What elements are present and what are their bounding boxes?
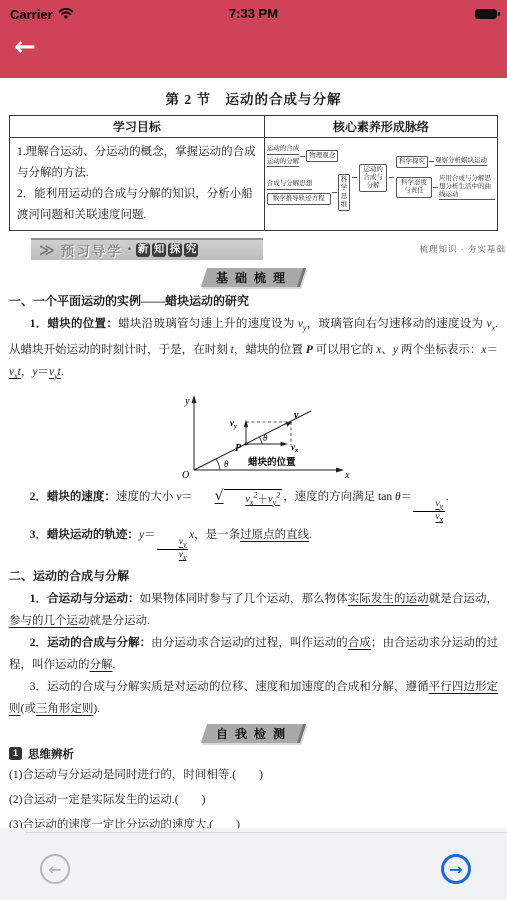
connector-line [352, 177, 357, 178]
chevron-right-icon: ≫ [39, 241, 55, 259]
point-p-label: P [235, 443, 242, 454]
back-button[interactable]: ← [14, 34, 36, 60]
connector-line [433, 187, 438, 188]
goal-item: 2．能利用运动的合成与分解的知识，分析小船渡河问题和关联速度问题. [17, 184, 257, 226]
ribbon-self-test: 自 我 检 测 [201, 724, 306, 743]
previous-page-button[interactable]: ← [40, 854, 70, 884]
objectives-table: 学习目标 核心素养形成脉络 1.理解合运动、分运动的概念，掌握运动的合成与分解的… [9, 115, 498, 231]
check-item-3: (3)合运动的速度一定比分运动的速度大.( ) [9, 813, 498, 828]
banner-subtitle: 梳理知识 · 夯实基础 [419, 243, 506, 255]
banner-badge-char: 探 [168, 243, 182, 257]
arrow-left-circle-icon: ← [48, 860, 61, 879]
concept-node: 数学推导轨迹方程 [267, 193, 331, 205]
ribbon-basics: 基 础 梳 理 [201, 268, 306, 287]
app-header: Carrier 7:33 PM ← [0, 0, 507, 78]
concept-node: 运动的合成 [267, 145, 300, 155]
battery-icon [475, 9, 497, 19]
axis-label-y: y [184, 396, 190, 407]
next-page-button[interactable]: → [441, 854, 471, 884]
paragraph-wax-position: 1．蜡块的位置：蜡块沿玻璃管匀速上升的速度设为 vy，玻璃管向右匀速移动的速度设… [9, 313, 498, 388]
paragraph-parallelogram-rule: 3．运动的合成与分解实质是对运动的位移、速度和加速度的合成和分解，遵循平行四边形… [9, 676, 498, 720]
number-1-icon: 1 [9, 747, 22, 760]
paragraph-wax-velocity: 2．蜡块的速度：速度的大小 v＝√vx2＋vy2，速度的方向满足 tan θ＝v… [9, 486, 498, 524]
diagram-caption: 蜡块的位置 [247, 456, 296, 468]
page-title: 第 2 节 运动的合成与分解 [9, 88, 498, 108]
concept-node: 科学态度与责任 [396, 177, 432, 197]
section-banner-row: ≫ 预习导学 · 新 知 探 究 梳理知识 · 夯实基础 [9, 238, 498, 264]
theta-label: θ [263, 433, 268, 443]
connector-line [300, 156, 305, 157]
table-header-right: 核心素养形成脉络 [264, 116, 497, 138]
banner-title: 预习导学 [61, 240, 123, 260]
wax-block-diagram: y x O θ θ P v vy vx 蜡块的位置 [9, 389, 498, 486]
section-heading-1: 一、一个平面运动的实例——蜡块运动的研究 [9, 290, 498, 312]
carrier-label: Carrier [10, 7, 53, 22]
goal-item: 1.理解合运动、分运动的概念，掌握运动的合成与分解的方法. [17, 142, 257, 184]
check-section-title: 思维辨析 [28, 746, 74, 762]
banner-badge-char: 新 [136, 243, 150, 257]
status-bar: Carrier [0, 0, 507, 28]
section-banner: ≫ 预习导学 · 新 知 探 究 [31, 238, 263, 260]
vector-vy-label: vy [230, 418, 237, 430]
concept-map: 运动的合成 运动的分解 物理观念 合成与分解思想 数学推导轨迹方程 [266, 139, 496, 217]
concept-node: 科学思维 [338, 174, 351, 211]
connector-line [389, 177, 394, 178]
paragraph-composition-decomposition: 2．运动的合成与分解：由分运动求合运动的过程，叫作运动的合成；由合运动求分运动的… [9, 632, 498, 676]
table-header-left: 学习目标 [10, 116, 265, 138]
origin-label: O [182, 470, 189, 481]
concept-node: 观察分析蜡块运动 [435, 157, 487, 166]
concept-node: 运动的分解 [267, 158, 300, 168]
connector-line [429, 161, 434, 162]
vector-vx-label: vx [291, 442, 299, 454]
paragraph-wax-trajectory: 3．蜡块运动的轨迹：y＝vyvxx，是一条过原点的直线. [9, 524, 498, 562]
check-item-1: (1)合运动与分运动是同时进行的，时间相等.( ) [9, 763, 498, 788]
connector-line [332, 192, 337, 193]
learning-goals: 1.理解合运动、分运动的概念，掌握运动的合成与分解的方法. 2．能利用运动的合成… [11, 139, 263, 229]
concept-node-center: 运动的合成与分解 [359, 164, 387, 192]
theta-label: θ [224, 459, 229, 469]
page-scroll[interactable]: 第 2 节 运动的合成与分解 学习目标 核心素养形成脉络 1.理解合运动、分运动… [0, 78, 507, 828]
check-item-2: (2)合运动一定是实际发生的运动.( ) [9, 788, 498, 813]
banner-dot: · [127, 241, 132, 259]
arrow-left-icon: ← [14, 32, 36, 62]
bottom-toolbar: ← → [0, 828, 507, 900]
axis-label-x: x [344, 470, 350, 481]
concept-node: 科学探究 [396, 156, 428, 168]
vector-v-label: v [294, 410, 299, 421]
concept-node: 合成与分解思想 [267, 180, 313, 190]
paragraph-combined-motion: 1．合运动与分运动：如果物体同时参与了几个运动，那么物体实际发生的运动就是合运动… [9, 588, 498, 632]
wifi-icon [58, 7, 74, 22]
banner-badge-char: 知 [152, 243, 166, 257]
section-heading-2: 二、运动的合成与分解 [9, 565, 498, 587]
banner-badge-char: 究 [184, 243, 198, 257]
arrow-right-circle-icon: → [449, 860, 462, 879]
concept-node: 应用合成与分解思想分析生活中的曲线运动 [439, 175, 495, 200]
concept-node: 物理观念 [306, 150, 338, 162]
